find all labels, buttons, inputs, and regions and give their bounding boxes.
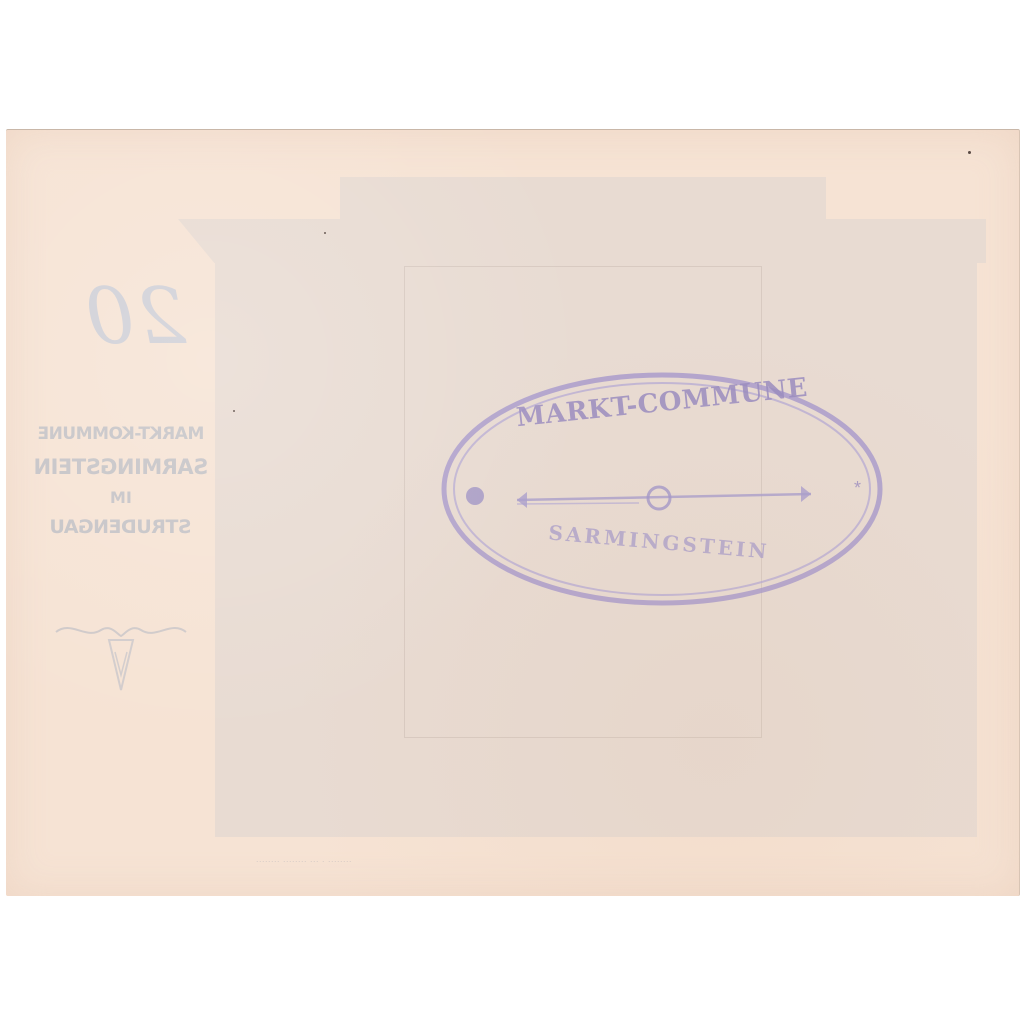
issuer-showthrough-text: MARKT-KOMMUNE SARMINGSTEIN IM STRUDENGAU [26, 425, 216, 539]
banknote-paper: 20 MARKT-KOMMUNE SARMINGSTEIN IM STRUDEN… [6, 129, 1020, 896]
issuer-line-1: MARKT-KOMMUNE [38, 425, 204, 445]
municipal-stamp: * MARKT-COMMUNE SARMINGSTEIN [439, 370, 885, 608]
printer-imprint: ........ ........ ... . ........ [256, 854, 352, 864]
issuer-line-2: SARMINGSTEIN [34, 455, 208, 479]
ornament-flourish-icon [51, 620, 191, 710]
paper-speck [324, 232, 326, 234]
paper-speck [233, 410, 235, 412]
issuer-line-3: IM [110, 489, 132, 507]
denomination-value: 20 [83, 272, 186, 362]
denomination-showthrough: 20 [80, 272, 190, 362]
showthrough-pedestal-top [340, 177, 826, 221]
showthrough-cornice [178, 219, 986, 263]
svg-text:*: * [854, 478, 861, 498]
issuer-line-4: STRUDENGAU [50, 517, 192, 539]
paper-speck [968, 151, 971, 154]
